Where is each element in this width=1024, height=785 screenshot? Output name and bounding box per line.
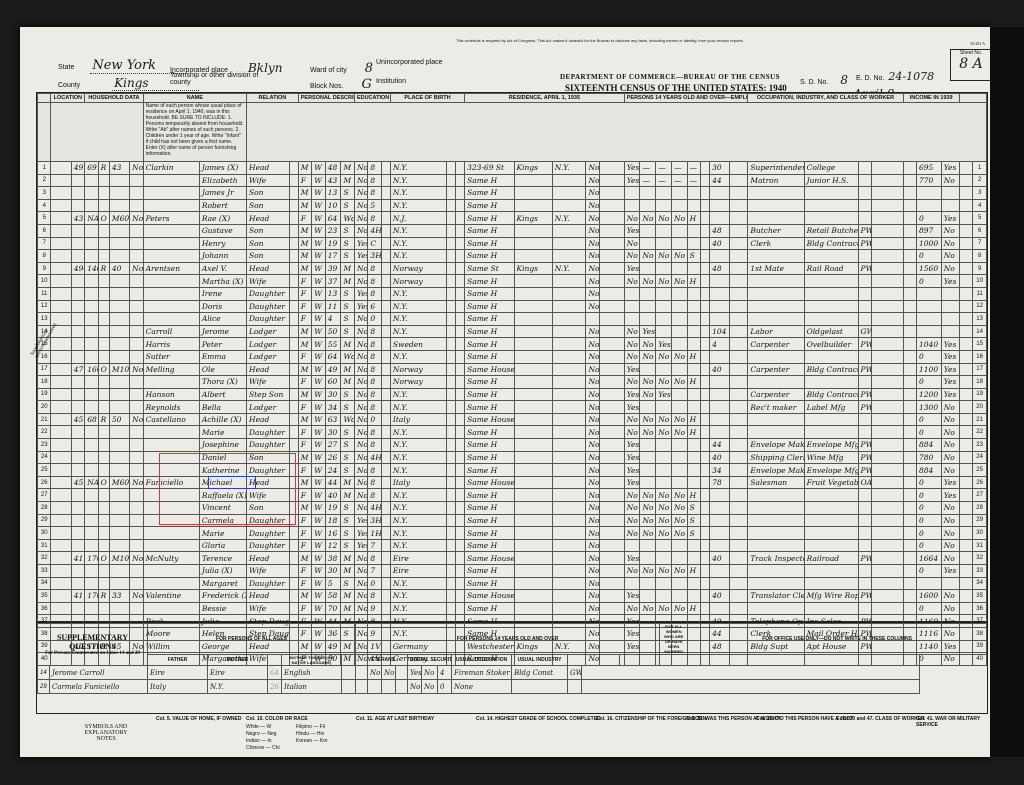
cell-grade: 8 bbox=[368, 262, 381, 275]
cell-e21: Yes bbox=[624, 439, 640, 452]
cell-e24: No bbox=[671, 376, 687, 389]
cell-given: James Jr bbox=[199, 187, 246, 200]
cell-grade: 8 bbox=[368, 212, 381, 225]
cell-res-county bbox=[514, 590, 552, 603]
cell-grade: 8 bbox=[368, 350, 381, 363]
cell-street bbox=[51, 212, 71, 225]
cell-farm bbox=[130, 565, 144, 578]
sheet-number: 8 A bbox=[951, 56, 991, 72]
cell-owned bbox=[98, 338, 109, 351]
cell-marital: S bbox=[341, 514, 355, 527]
cell-sex: F bbox=[298, 287, 311, 300]
table-row: 3541170R33NoValentineFrederick (X)HeadMW… bbox=[38, 590, 987, 603]
cell-farm: No bbox=[130, 590, 144, 603]
cell-grade: 8 bbox=[368, 287, 381, 300]
cell-e25 bbox=[687, 451, 700, 464]
cell-sex: M bbox=[298, 388, 311, 401]
table-row: 8JohannSonMW17SYes3HN.Y.Same HNoNoNoNoNo… bbox=[38, 250, 987, 263]
cell-age: 55 bbox=[325, 338, 341, 351]
cell-farm bbox=[130, 300, 144, 313]
cell-res-city: Same House bbox=[465, 413, 514, 426]
cell-res-city: Same H bbox=[465, 439, 514, 452]
cell-marital: M bbox=[341, 338, 355, 351]
cell-occupation bbox=[748, 489, 804, 502]
cell-given: Bessie bbox=[199, 602, 246, 615]
cell-farm35: No bbox=[586, 590, 599, 603]
cell-relation: Wife bbox=[247, 602, 290, 615]
cell-farm35: No bbox=[586, 162, 599, 175]
cell-home bbox=[85, 287, 98, 300]
cell-value bbox=[109, 489, 129, 502]
cell-marital: S bbox=[341, 527, 355, 540]
cell-surname: Castellano bbox=[143, 413, 199, 426]
cell-value: 50 bbox=[109, 413, 129, 426]
cell-sex: F bbox=[298, 350, 311, 363]
cell-cow bbox=[858, 565, 871, 578]
cell-res-county: Kings bbox=[514, 162, 552, 175]
cell-farm: No bbox=[130, 476, 144, 489]
cell-race: W bbox=[312, 464, 325, 477]
cell-res-county bbox=[514, 439, 552, 452]
cell-surname bbox=[143, 539, 199, 552]
cell-marital: S bbox=[341, 237, 355, 250]
cell-e22: No bbox=[640, 489, 656, 502]
cell-res-state bbox=[552, 300, 586, 313]
cell-industry: Railroad bbox=[804, 552, 858, 565]
cell-sex: F bbox=[298, 174, 311, 187]
cell-cow: PW bbox=[858, 451, 871, 464]
cell-industry: Rail Road bbox=[804, 262, 858, 275]
cell-e24: No bbox=[671, 212, 687, 225]
cell-grade: 7 bbox=[368, 565, 381, 578]
cell-value bbox=[109, 539, 129, 552]
cell-relation: Daughter bbox=[247, 287, 290, 300]
cell-race: W bbox=[312, 527, 325, 540]
unincorporated-label: Unincorporated place bbox=[376, 59, 443, 66]
cell-marital: S bbox=[341, 199, 355, 212]
cell-relation: Wife bbox=[247, 174, 290, 187]
cell-given: Gustave bbox=[199, 224, 246, 237]
cell-relation: Daughter bbox=[247, 577, 290, 590]
cell-res-state bbox=[552, 174, 586, 187]
cell-given: Frederick (X) bbox=[199, 590, 246, 603]
cell-home: 69 bbox=[85, 162, 98, 175]
cell-marital: S bbox=[341, 464, 355, 477]
cell-e25 bbox=[687, 287, 700, 300]
cell-e22: No bbox=[640, 338, 656, 351]
cell-e22: Yes bbox=[640, 325, 656, 338]
cell-age: 4 bbox=[325, 313, 341, 326]
cell-res-city: Same House bbox=[465, 552, 514, 565]
cell-e23: No bbox=[656, 413, 672, 426]
cell-wages bbox=[917, 325, 942, 338]
cell-industry bbox=[804, 514, 858, 527]
cell-sex: M bbox=[298, 237, 311, 250]
cell-hours: 4 bbox=[710, 338, 730, 351]
cell-farm bbox=[130, 426, 144, 439]
cell-e24 bbox=[671, 464, 687, 477]
cell-house bbox=[71, 313, 84, 326]
cell-grade: 8 bbox=[368, 552, 381, 565]
cell-given: Terence bbox=[199, 552, 246, 565]
cell-res-state: N.Y. bbox=[552, 262, 586, 275]
cell-given: James (X) bbox=[199, 162, 246, 175]
cell-owned: O bbox=[98, 476, 109, 489]
cell-sex: F bbox=[298, 577, 311, 590]
cell-grade: 8 bbox=[368, 187, 381, 200]
cell-home bbox=[85, 174, 98, 187]
cell-e22 bbox=[640, 224, 656, 237]
cell-given: Axel V. bbox=[199, 262, 246, 275]
cell-school: Yes bbox=[354, 300, 367, 313]
supp-name: Jerome Carroll bbox=[50, 666, 148, 680]
cell-hours bbox=[710, 250, 730, 263]
cell-res-state bbox=[552, 388, 586, 401]
cell-street bbox=[51, 287, 71, 300]
cell-other: No bbox=[941, 464, 959, 477]
cell-e22: No bbox=[640, 250, 656, 263]
cell-res-city: Same H bbox=[465, 325, 514, 338]
cell-home bbox=[85, 514, 98, 527]
cell-race: W bbox=[312, 514, 325, 527]
cell-e22: — bbox=[640, 174, 656, 187]
cell-surname bbox=[143, 527, 199, 540]
cell-e24 bbox=[671, 451, 687, 464]
cell-e21: No bbox=[624, 489, 640, 502]
cell-grade: 3H bbox=[368, 514, 381, 527]
cell-race: W bbox=[312, 287, 325, 300]
cell-race: W bbox=[312, 162, 325, 175]
cell-farm35: No bbox=[586, 300, 599, 313]
cell-race: W bbox=[312, 539, 325, 552]
cell-street bbox=[51, 363, 71, 376]
cell-farm bbox=[130, 237, 144, 250]
cell-farm35: No bbox=[586, 350, 599, 363]
cell-grade: 8 bbox=[368, 325, 381, 338]
cell-birthplace: Norway bbox=[390, 275, 446, 288]
cell-e21: No bbox=[624, 250, 640, 263]
cell-occupation: Envelope Maker bbox=[748, 439, 804, 452]
cell-res-state bbox=[552, 514, 586, 527]
cell-given: Rae (X) bbox=[199, 212, 246, 225]
cell-age: 58 bbox=[325, 590, 341, 603]
cell-res-county bbox=[514, 527, 552, 540]
cell-grade: 8 bbox=[368, 338, 381, 351]
section-14-over: FOR PERSONS 14 YEARS OLD AND OVER bbox=[356, 624, 660, 655]
legal-notice: This schedule is required by Act of Cong… bbox=[456, 38, 876, 43]
cell-e25: H bbox=[687, 565, 700, 578]
cell-e21: Yes bbox=[624, 174, 640, 187]
cell-hours: 30 bbox=[710, 162, 730, 175]
cell-age: 18 bbox=[325, 514, 341, 527]
cell-relation: Daughter bbox=[247, 300, 290, 313]
cell-sex: M bbox=[298, 187, 311, 200]
cell-other bbox=[941, 313, 959, 326]
cell-wages: 0 bbox=[917, 275, 942, 288]
cell-occupation bbox=[748, 287, 804, 300]
cell-hours bbox=[710, 388, 730, 401]
cell-wages: 897 bbox=[917, 224, 942, 237]
cell-marital: S bbox=[341, 426, 355, 439]
cell-e21: Yes bbox=[624, 552, 640, 565]
cell-other: Yes bbox=[941, 338, 959, 351]
cell-cow: PW bbox=[858, 401, 871, 414]
cell-other bbox=[941, 187, 959, 200]
cell-farm: No bbox=[130, 552, 144, 565]
cell-other: No bbox=[941, 502, 959, 515]
ward-value: 8 bbox=[365, 61, 373, 76]
cell-value: M100 bbox=[109, 552, 129, 565]
cell-age: 17 bbox=[325, 250, 341, 263]
cell-home bbox=[85, 300, 98, 313]
cell-occupation: Matron bbox=[748, 174, 804, 187]
cell-street bbox=[51, 476, 71, 489]
cell-cow bbox=[858, 413, 871, 426]
cell-occupation bbox=[748, 565, 804, 578]
cell-street bbox=[51, 401, 71, 414]
cell-home bbox=[85, 565, 98, 578]
cell-house bbox=[71, 539, 84, 552]
cell-birthplace: N.J. bbox=[390, 212, 446, 225]
cell-occupation bbox=[748, 212, 804, 225]
cell-e23 bbox=[656, 590, 672, 603]
cell-e21: No bbox=[624, 350, 640, 363]
cell-marital: M bbox=[341, 476, 355, 489]
cell-res-city: Same H bbox=[465, 187, 514, 200]
cell-age: 70 bbox=[325, 602, 341, 615]
cell-e21: Yes bbox=[624, 451, 640, 464]
cell-e25: S bbox=[687, 502, 700, 515]
cell-e21: Yes bbox=[624, 476, 640, 489]
cell-wages: 0 bbox=[917, 514, 942, 527]
cell-industry bbox=[804, 300, 858, 313]
cell-value bbox=[109, 275, 129, 288]
cell-marital: Wd bbox=[341, 212, 355, 225]
cell-age: 63 bbox=[325, 413, 341, 426]
table-row: 10Martha (X)WifeFW37MNo8NorwaySame HNoNo… bbox=[38, 275, 987, 288]
table-row: 13AliceDaughterFW4SNo0N.Y.Same H13 bbox=[38, 313, 987, 326]
cell-birthplace: N.Y. bbox=[390, 451, 446, 464]
cell-house: 45 bbox=[71, 413, 84, 426]
cell-e23 bbox=[656, 439, 672, 452]
cell-owned bbox=[98, 376, 109, 389]
cell-res-state bbox=[552, 464, 586, 477]
cell-industry bbox=[804, 602, 858, 615]
cell-age: 48 bbox=[325, 162, 341, 175]
cell-e21 bbox=[624, 300, 640, 313]
cell-value bbox=[109, 602, 129, 615]
cell-house bbox=[71, 224, 84, 237]
cell-grade: 8 bbox=[368, 174, 381, 187]
cell-house bbox=[71, 489, 84, 502]
cell-cow bbox=[858, 577, 871, 590]
cell-sex: F bbox=[298, 539, 311, 552]
cell-res-city: Same House bbox=[465, 590, 514, 603]
cell-age: 13 bbox=[325, 187, 341, 200]
cell-owned bbox=[98, 464, 109, 477]
cell-e23 bbox=[656, 262, 672, 275]
cell-res-state bbox=[552, 250, 586, 263]
group-occupation: OCCUPATION, INDUSTRY, AND CLASS OF WORKE… bbox=[748, 94, 903, 103]
highlight-vincent bbox=[208, 476, 256, 489]
cell-race: W bbox=[312, 476, 325, 489]
cell-birthplace: N.Y. bbox=[390, 577, 446, 590]
cell-house bbox=[71, 350, 84, 363]
cell-industry bbox=[804, 376, 858, 389]
cell-farm bbox=[130, 287, 144, 300]
cell-value bbox=[109, 577, 129, 590]
cell-farm bbox=[130, 451, 144, 464]
cell-given: Julia (X) bbox=[199, 565, 246, 578]
cell-surname: Sutter bbox=[143, 350, 199, 363]
cell-other: Yes bbox=[941, 212, 959, 225]
cell-industry bbox=[804, 350, 858, 363]
cell-occupation: Carpenter bbox=[748, 338, 804, 351]
cell-relation: Lodger bbox=[247, 325, 290, 338]
cell-e22 bbox=[640, 187, 656, 200]
cell-school: No bbox=[354, 489, 367, 502]
cell-house: 494 bbox=[71, 262, 84, 275]
cell-race: W bbox=[312, 413, 325, 426]
cell-hours bbox=[710, 376, 730, 389]
cell-street bbox=[51, 413, 71, 426]
cell-farm35: No bbox=[586, 602, 599, 615]
cell-wages bbox=[917, 287, 942, 300]
cell-grade: 8 bbox=[368, 363, 381, 376]
cell-birthplace: N.Y. bbox=[390, 313, 446, 326]
cell-sex: M bbox=[298, 262, 311, 275]
cell-e23 bbox=[656, 401, 672, 414]
cell-res-state bbox=[552, 187, 586, 200]
cell-res-city: Same H bbox=[465, 300, 514, 313]
cell-street bbox=[51, 237, 71, 250]
cell-school: No bbox=[354, 388, 367, 401]
cell-school: No bbox=[354, 187, 367, 200]
cell-marital: M bbox=[341, 275, 355, 288]
cell-owned bbox=[98, 539, 109, 552]
cell-race: W bbox=[312, 212, 325, 225]
cell-e24 bbox=[671, 363, 687, 376]
table-row: 14CarrollJeromeLodgerMW50SNo8N.Y.Same HN… bbox=[38, 325, 987, 338]
cell-cow: PW bbox=[858, 224, 871, 237]
cell-farm35: No bbox=[586, 262, 599, 275]
cell-farm bbox=[130, 439, 144, 452]
cell-e22 bbox=[640, 363, 656, 376]
cell-house: 47 bbox=[71, 363, 84, 376]
cell-e22 bbox=[640, 552, 656, 565]
cell-street bbox=[51, 388, 71, 401]
cell-owned bbox=[98, 514, 109, 527]
cell-industry bbox=[804, 313, 858, 326]
cell-age: 19 bbox=[325, 237, 341, 250]
cell-surname: Harris bbox=[143, 338, 199, 351]
cell-marital: S bbox=[341, 250, 355, 263]
cell-race: W bbox=[312, 552, 325, 565]
cell-wages: 1000 bbox=[917, 237, 942, 250]
cell-e23 bbox=[656, 464, 672, 477]
cell-occupation bbox=[748, 502, 804, 515]
table-row: 214568R50NoCastellanoAchille (X)HeadMW63… bbox=[38, 413, 987, 426]
cell-race: W bbox=[312, 300, 325, 313]
cell-farm: No bbox=[130, 212, 144, 225]
cell-occupation bbox=[748, 250, 804, 263]
cell-farm bbox=[130, 577, 144, 590]
cell-e24: No bbox=[671, 275, 687, 288]
cell-e21 bbox=[624, 199, 640, 212]
cell-grade: 8 bbox=[368, 476, 381, 489]
cell-owned: O bbox=[98, 363, 109, 376]
cell-cow: PW bbox=[858, 388, 871, 401]
cell-race: W bbox=[312, 275, 325, 288]
cell-e22 bbox=[640, 262, 656, 275]
cell-farm35: No bbox=[586, 401, 599, 414]
cell-e25 bbox=[687, 325, 700, 338]
cell-e23: — bbox=[656, 162, 672, 175]
cell-e23 bbox=[656, 552, 672, 565]
cell-school: No bbox=[354, 325, 367, 338]
cell-farm bbox=[130, 514, 144, 527]
cell-e24 bbox=[671, 287, 687, 300]
cell-other: Yes bbox=[941, 275, 959, 288]
cell-age: 64 bbox=[325, 350, 341, 363]
cell-res-county bbox=[514, 300, 552, 313]
cell-e23 bbox=[656, 539, 672, 552]
cell-res-state bbox=[552, 199, 586, 212]
cell-wages: 0 bbox=[917, 350, 942, 363]
cell-e22: No bbox=[640, 388, 656, 401]
cell-industry bbox=[804, 250, 858, 263]
cell-marital: Wd bbox=[341, 350, 355, 363]
cell-home: 140 bbox=[85, 262, 98, 275]
cell-industry: Envelope Mfg bbox=[804, 464, 858, 477]
cell-e22 bbox=[640, 590, 656, 603]
cell-marital: M bbox=[341, 174, 355, 187]
population-table: LOCATION HOUSEHOLD DATA NAME RELATION PE… bbox=[36, 92, 988, 622]
cell-e21 bbox=[624, 577, 640, 590]
cell-farm35: No bbox=[586, 212, 599, 225]
cell-occupation: Rec't maker bbox=[748, 401, 804, 414]
cell-e25 bbox=[687, 187, 700, 200]
cell-res-city: Same H bbox=[465, 338, 514, 351]
cell-e25 bbox=[687, 199, 700, 212]
cell-e25 bbox=[687, 552, 700, 565]
cell-wages: 780 bbox=[917, 451, 942, 464]
cell-res-state bbox=[552, 577, 586, 590]
cell-street bbox=[51, 552, 71, 565]
cell-birthplace: N.Y. bbox=[390, 187, 446, 200]
cell-e24 bbox=[671, 325, 687, 338]
cell-farm35: No bbox=[586, 464, 599, 477]
cell-e21: No bbox=[624, 514, 640, 527]
cell-relation: Head bbox=[247, 590, 290, 603]
cell-house bbox=[71, 451, 84, 464]
cell-street bbox=[51, 489, 71, 502]
cell-school: Yes bbox=[354, 287, 367, 300]
cell-grade: 8 bbox=[368, 590, 381, 603]
cell-school: No bbox=[354, 602, 367, 615]
cell-home bbox=[85, 199, 98, 212]
cell-e25 bbox=[687, 338, 700, 351]
cell-marital: S bbox=[341, 539, 355, 552]
cell-cow bbox=[858, 162, 871, 175]
cell-surname bbox=[143, 565, 199, 578]
cell-e23: — bbox=[656, 174, 672, 187]
cell-home bbox=[85, 401, 98, 414]
cell-street bbox=[51, 527, 71, 540]
cell-surname bbox=[143, 237, 199, 250]
cell-wages: 884 bbox=[917, 439, 942, 452]
cell-e24 bbox=[671, 262, 687, 275]
